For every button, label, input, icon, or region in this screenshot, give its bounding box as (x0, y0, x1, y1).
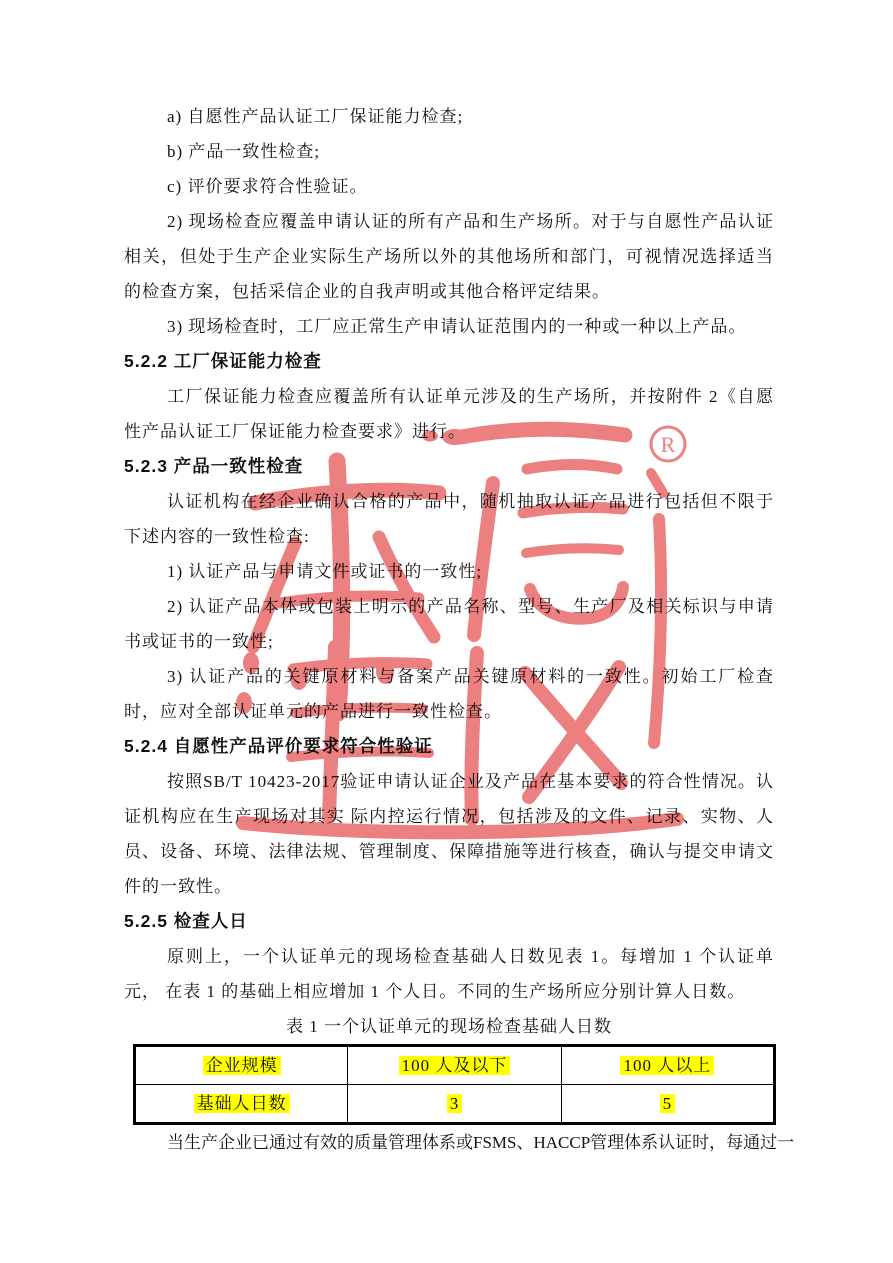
table-cell-base-man-days: 基础人日数 (135, 1085, 348, 1124)
paragraph-evaluation-verification: 按照SB/T 10423-2017验证申请认证企业及产品在基本要求的符合性情况。… (124, 764, 774, 904)
section-heading-5-2-4: 5.2.4 自愿性产品评价要求符合性验证 (124, 729, 774, 764)
paragraph-management-system: 当生产企业已通过有效的质量管理体系或FSMS、HACCP管理体系认证时，每通过一 (124, 1125, 774, 1160)
paragraph-consistency-intro: 认证机构在经企业确认合格的产品中，随机抽取认证产品进行包括但不限于下述内容的一致… (124, 484, 774, 554)
table-cell-enterprise-scale: 企业规模 (135, 1046, 348, 1085)
table-cell-value-5: 5 (561, 1085, 774, 1124)
highlighted-text: 企业规模 (203, 1056, 281, 1075)
paragraph-site-inspection-scope: 2) 现场检查应覆盖申请认证的所有产品和生产场所。对于与自愿性产品认证相关，但处… (124, 204, 774, 309)
highlighted-text: 100 人及以下 (399, 1056, 511, 1075)
section-heading-5-2-3: 5.2.3 产品一致性检查 (124, 449, 774, 484)
table-caption: 表 1 一个认证单元的现场检查基础人日数 (124, 1009, 774, 1044)
paragraph-man-days-rule: 原则上，一个认证单元的现场检查基础人日数见表 1。每增加 1 个认证单元， 在表… (124, 939, 774, 1009)
highlighted-text: 5 (660, 1094, 676, 1113)
table-header-row: 企业规模 100 人及以下 100 人以上 (135, 1046, 775, 1085)
table-cell-100-or-less: 100 人及以下 (348, 1046, 561, 1085)
highlighted-text: 3 (447, 1094, 463, 1113)
list-item-c: c) 评价要求符合性验证。 (124, 169, 774, 204)
document-page: a) 自愿性产品认证工厂保证能力检查; b) 产品一致性检查; c) 评价要求符… (0, 0, 893, 1263)
paragraph-factory-capability: 工厂保证能力检查应覆盖所有认证单元涉及的生产场所，并按附件 2《自愿性产品认证工… (124, 379, 774, 449)
highlighted-text: 100 人以上 (620, 1056, 714, 1075)
section-heading-5-2-5: 5.2.5 检查人日 (124, 904, 774, 939)
list-item-b: b) 产品一致性检查; (124, 134, 774, 169)
section-heading-5-2-2: 5.2.2 工厂保证能力检查 (124, 344, 774, 379)
paragraph-normal-production: 3) 现场检查时，工厂应正常生产申请认证范围内的一种或一种以上产品。 (124, 309, 774, 344)
document-body: a) 自愿性产品认证工厂保证能力检查; b) 产品一致性检查; c) 评价要求符… (124, 99, 774, 1160)
table-row: 基础人日数 3 5 (135, 1085, 775, 1124)
list-item-a: a) 自愿性产品认证工厂保证能力检查; (124, 99, 774, 134)
table-cell-over-100: 100 人以上 (561, 1046, 774, 1085)
table-cell-value-3: 3 (348, 1085, 561, 1124)
paragraph-consistency-item-3: 3) 认证产品的关键原材料与备案产品关键原材料的一致性。初始工厂检查时，应对全部… (124, 659, 774, 729)
highlighted-text: 基础人日数 (194, 1094, 290, 1113)
paragraph-consistency-item-2: 2) 认证产品本体或包装上明示的产品名称、型号、生产厂及相关标识与申请书或证书的… (124, 589, 774, 659)
man-days-table: 企业规模 100 人及以下 100 人以上 基础人日数 3 5 (133, 1044, 776, 1125)
paragraph-consistency-item-1: 1) 认证产品与申请文件或证书的一致性; (124, 554, 774, 589)
